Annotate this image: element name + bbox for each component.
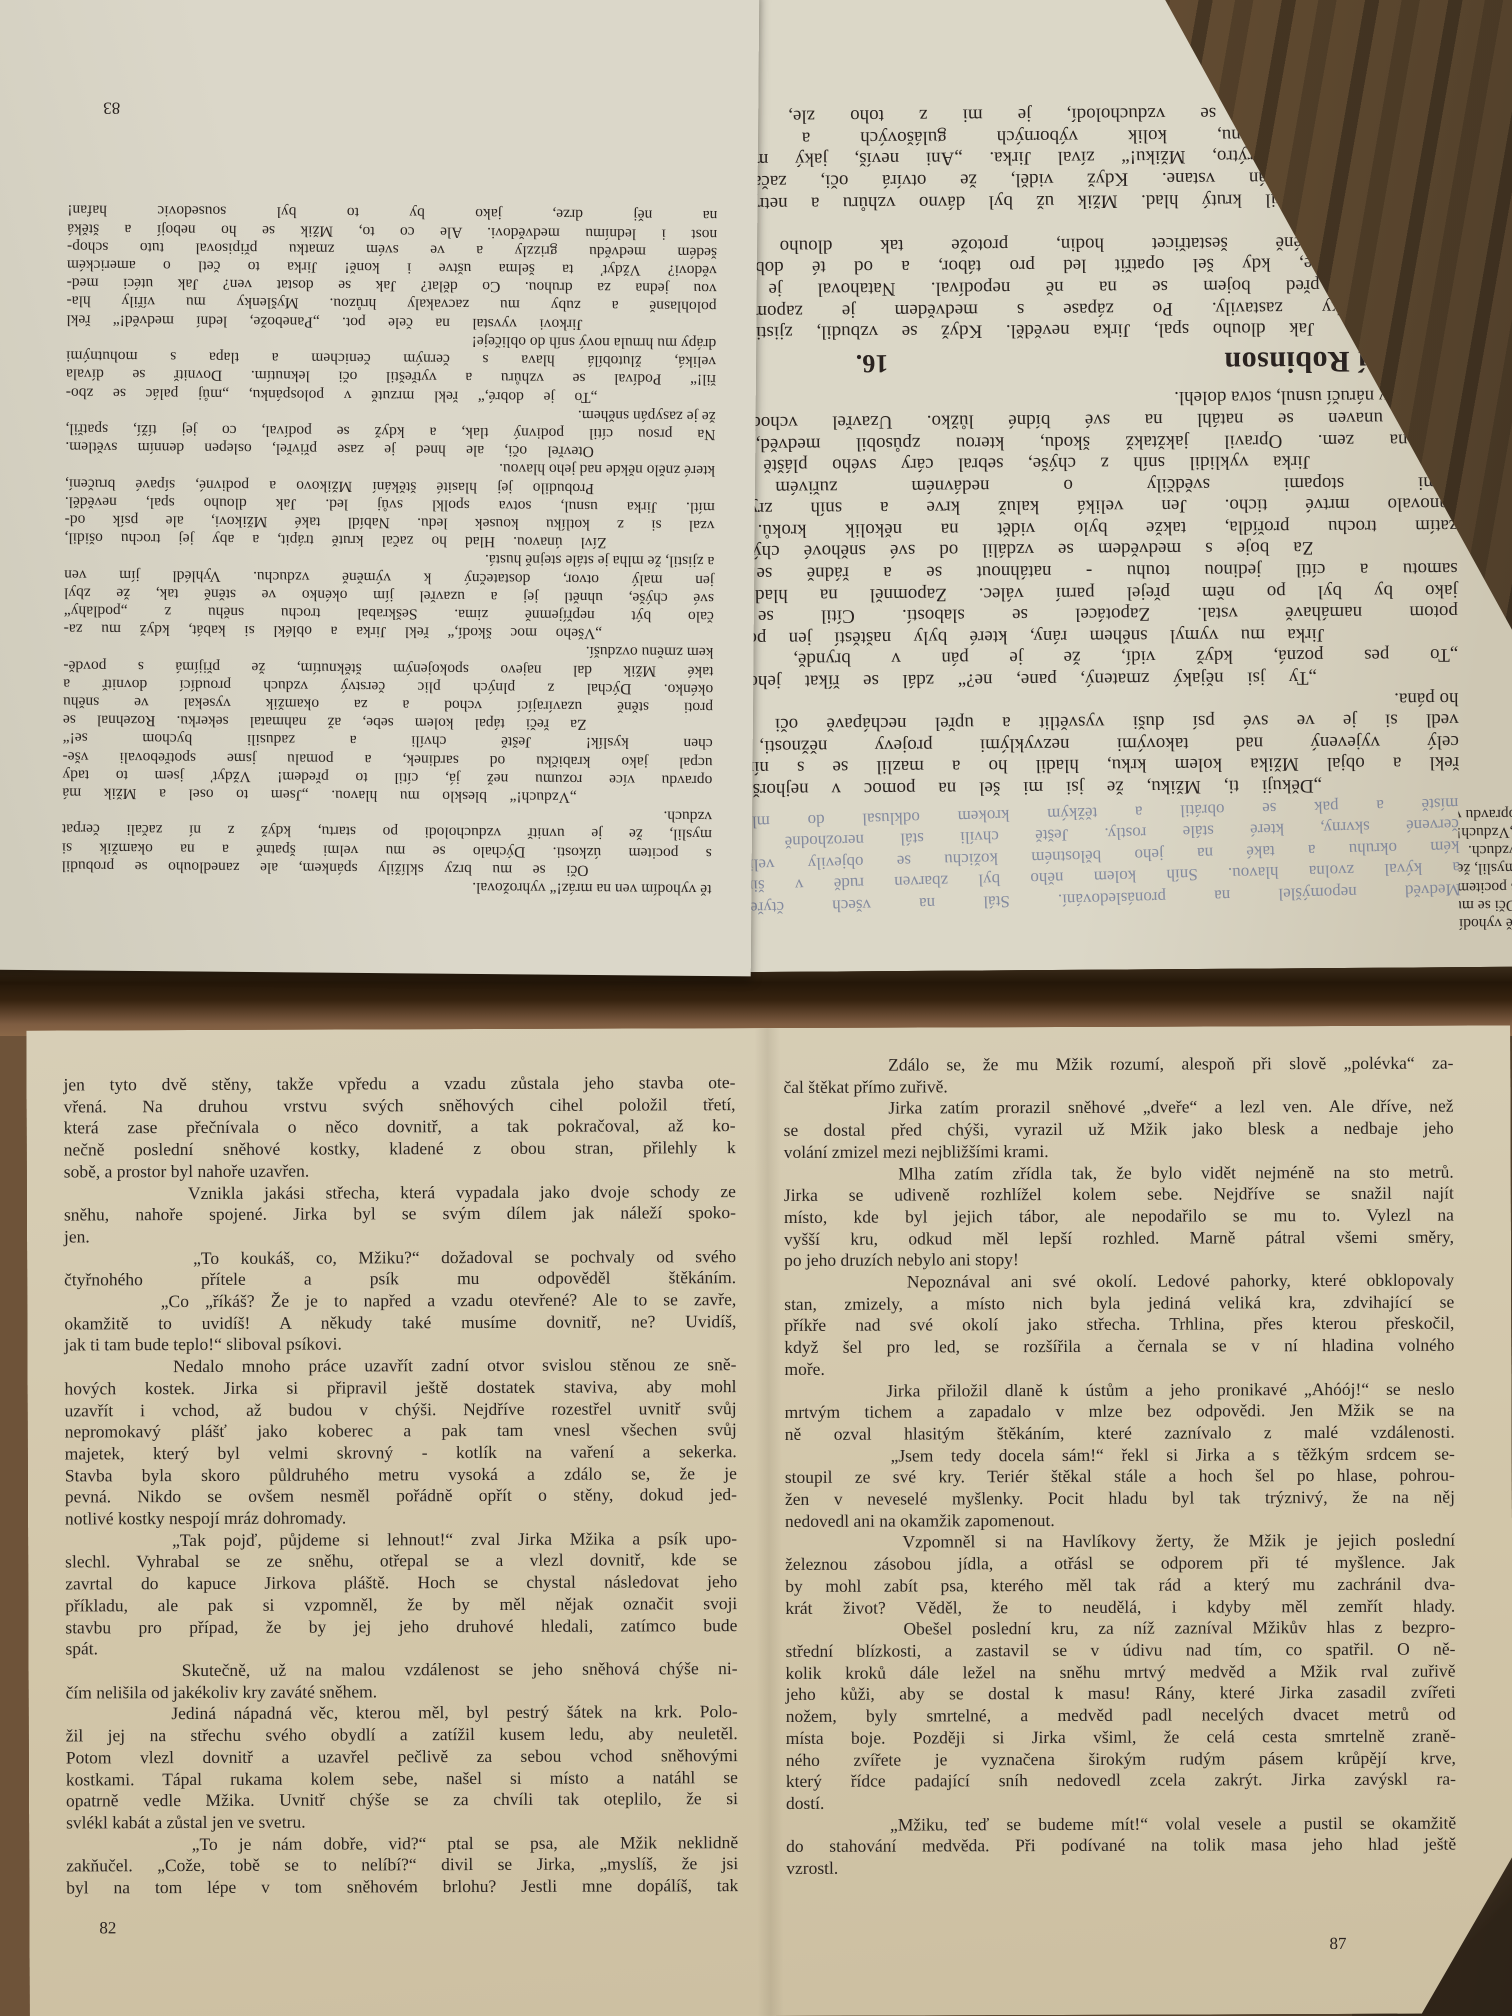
photo-of-book-pages: { "colors":{ "paper_top":"#dbd7c7","pape…: [0, 0, 1512, 2016]
center-crease: [754, 1028, 783, 2016]
text-line: střední blízkosti, a zastavil se v údivu…: [785, 1639, 1455, 1663]
text-line: příkladu, ale pak si vzpomněl, že by měl…: [65, 1593, 737, 1617]
text-line: jen.: [64, 1224, 736, 1248]
text-line: „To je nám dobře, vid?“ ptal se psa, ale…: [66, 1832, 738, 1856]
text-line: místa boje. Později si Jirka všiml, že c…: [786, 1725, 1456, 1749]
text-line: Obešel poslední kru, za níž zazníval Mži…: [785, 1617, 1455, 1641]
page-86-edge-fragments: tě vyhodímOči se mus pocitemmyslil, ževz…: [1458, 804, 1512, 932]
text-line: který řídce padající sníh nedovedl zcela…: [786, 1769, 1456, 1793]
text-line: Jirka se udiveně rozhlížel kolem sebe. N…: [784, 1183, 1454, 1207]
text-line: volání zmizel mezi nejbližšími krami.: [784, 1139, 1454, 1163]
text-line: která zase přečnívala o něco dovnitř, a …: [64, 1116, 736, 1140]
text-line: stan, zmizely, a místo nich byla jediná …: [784, 1291, 1454, 1315]
text-line: sněhu, nahoře spojené. Jirka byl se svým…: [64, 1202, 736, 1226]
text-line: spát.: [65, 1636, 737, 1660]
page-82-column: jen tyto dvě stěny, takže vpředu a vzadu…: [63, 1072, 738, 1899]
text-line: Skutečně, už na malou vzdálenost se jeho…: [65, 1658, 737, 1682]
text-line: moře.: [784, 1356, 1454, 1380]
text-line: dostí.: [786, 1791, 1456, 1815]
page-82-number: 82: [99, 1918, 116, 1938]
text-line: notlivé kostky nespojí mráz dohromady.: [65, 1506, 737, 1530]
text-line: nedovedl ani na okamžik zapomenout.: [785, 1508, 1455, 1532]
text-line: „Jsem tedy docela sám!“ řekl si Jirka a …: [785, 1443, 1455, 1467]
edge-fragment-line: myslil, že: [1459, 859, 1512, 878]
text-line: kostkami. Tápal rukama kolem sebe, našel…: [66, 1767, 738, 1791]
text-line: žen v neveselé myšlenky. Pocit hladu byl…: [785, 1487, 1455, 1511]
page-87-number: 87: [1329, 1934, 1346, 1954]
page-83: tě vyhodím ven na mráz!“ vyhrožoval. Oči…: [0, 0, 759, 976]
text-line: stavbu pro případ, že by jej jeho druhov…: [65, 1615, 737, 1639]
edge-fragment-line: opravdu ví: [1458, 804, 1512, 823]
text-line: „Co „říkáš? Že je to napřed a vzadu otev…: [64, 1289, 736, 1313]
text-line: vřená. Na druhou vrstvu svých sněhových …: [64, 1094, 736, 1118]
page-83-number: 83: [103, 98, 120, 118]
text-line: by mohl zabít psa, kterého měl tak rád a…: [785, 1573, 1455, 1597]
text-line: Nepoznával ani své okolí. Ledové pahorky…: [784, 1270, 1454, 1294]
edge-fragment-line: tě vyhodím: [1459, 914, 1512, 933]
text-line: když šel pro led, se rozšířila a černala…: [784, 1335, 1454, 1359]
page-87-column: Zdálo se, že mu Mžik rozumí, alespoň při…: [783, 1053, 1456, 1880]
text-line: místo, kde byl jejich tábor, ale nepodař…: [784, 1205, 1454, 1229]
text-line: nepromokavý plášť jako koberec a pak tam…: [65, 1419, 737, 1443]
text-line: jak ti tam bude teplo!“ sliboval psíkovi…: [64, 1333, 736, 1357]
text-line: Zdálo se, že mu Mžik rozumí, alespoň při…: [783, 1053, 1453, 1077]
text-line: Mlha zatím zřídla tak, že bylo vidět nej…: [784, 1161, 1454, 1185]
text-line: Jirka přiložil dlaně k ústům a jeho pron…: [785, 1378, 1455, 1402]
text-line: čím nelišila od jakékoliv kry zaváté sně…: [66, 1680, 738, 1704]
text-line: žil jej na střechu svého obydlí a zatíži…: [66, 1723, 738, 1747]
text-line: okamžitě to uvidíš! A někudy také musíme…: [64, 1311, 736, 1335]
text-line: zakňučel. „Cože, tobě se to nelíbí?“ div…: [66, 1853, 738, 1877]
text-line: Jirka zatím prorazil sněhové „dveře“ a l…: [784, 1096, 1454, 1120]
text-line: slechl. Vyhrabal se ze sněhu, otřepal se…: [65, 1550, 737, 1574]
text-line: majetek, který byl velmi skrovný - kotlí…: [65, 1441, 737, 1465]
text-line: sobě, a prostor byl nahoře uzavřen.: [64, 1159, 736, 1183]
text-line: zavrtal do kapuce Jirkova pláště. Hoch s…: [65, 1571, 737, 1595]
text-line: „To koukáš, co, Mžiku?“ dožadoval se poc…: [64, 1246, 736, 1270]
text-line: vzrostl.: [786, 1856, 1456, 1880]
text-line: železnou zásobou jídla, a otřásl se odpo…: [785, 1552, 1455, 1576]
text-line: ně ozval hlasitým štěkáním, které zaznív…: [785, 1422, 1455, 1446]
chapter-number: 16.: [856, 352, 889, 374]
text-line: opatrně vedle Mžika. Uvnitř chýše se za …: [66, 1788, 738, 1812]
page-86-text-before-heading: „Děkuji ti, Mžiku, že jsi mi šel na pomo…: [666, 385, 1459, 801]
text-line: „Mžiku, teď se budeme mít!“ volal vesele…: [786, 1812, 1456, 1836]
text-line: vyšší kru, odkud měl lepší rozhled. Marn…: [784, 1226, 1454, 1250]
text-line: kolik kroků dále ležel na sněhu mrtvý me…: [785, 1660, 1455, 1684]
edge-fragment-line: „Vzduch!“: [1458, 823, 1512, 842]
text-line: uzavřít i vchod, až budou v chýši. Nejdř…: [65, 1398, 737, 1422]
text-line: Vzpomněl si na Havlíkovy žerty, že Mžik …: [785, 1530, 1455, 1554]
text-line: byl na tom lépe v tom sněhovém brlohu? J…: [66, 1875, 738, 1899]
text-line: Vznikla jakási střecha, která vypadala j…: [64, 1181, 736, 1205]
edge-fragment-line: Oči se mu: [1459, 895, 1512, 914]
edge-fragment-line: vzduch.: [1459, 841, 1512, 860]
text-line: nožem, byly smrtelné, a medvěd padl nece…: [786, 1704, 1456, 1728]
text-line: po jeho druzích nebylo ani stopy!: [784, 1248, 1454, 1272]
text-line: mrtvým tichem a zapadalo v mlze bez odpo…: [785, 1400, 1455, 1424]
text-line: svlékl kabát a zůstal jen ve svetru.: [66, 1810, 738, 1834]
text-line: hových kostek. Jirka si připravil ještě …: [64, 1376, 736, 1400]
text-line: do stahování medvěda. Při podívané na to…: [786, 1834, 1456, 1858]
text-line: stoupil ze své kry. Teriér štěkal stále …: [785, 1465, 1455, 1489]
text-line: pevná. Nikdo se ovšem nesměl pořádně opř…: [65, 1484, 737, 1508]
text-line: se dostal před chýši, vyrazil už Mžik ja…: [784, 1118, 1454, 1142]
text-line: nečně poslední sněhové kostky, kladené z…: [64, 1137, 736, 1161]
page-83-column: tě vyhodím ven na mráz!“ vyhrožoval. Oči…: [61, 201, 717, 898]
page-86-faded-paragraph: Medvěd nepomýšlel na pronásledování. Stá…: [732, 792, 1461, 919]
text-line: Nedalo mnoho práce uzavřít zadní otvor s…: [64, 1354, 736, 1378]
text-line: jeho kůži, aby se dostal k masu! Rány, k…: [786, 1682, 1456, 1706]
text-line: čtyřnohého přítele a psík mu odpověděl š…: [64, 1267, 736, 1291]
top-left-sheet-page-83: tě vyhodím ven na mráz!“ vyhrožoval. Oči…: [0, 0, 759, 976]
text-line: čal štěkat přímo zuřivě.: [783, 1074, 1453, 1098]
edge-fragment-line: s pocitem: [1459, 877, 1512, 896]
text-line: jen tyto dvě stěny, takže vpředu a vzadu…: [63, 1072, 735, 1096]
text-line: krát život? Věděl, že to neudělá, i kdyb…: [785, 1595, 1455, 1619]
text-line: Jediná nápadná věc, kterou měl, byl pest…: [66, 1702, 738, 1726]
text-line: Potom vlezl dovnitř a uzavřel pečlivě za…: [66, 1745, 738, 1769]
text-line: „Tak pojď, půjdeme si lehnout!“ zval Jir…: [65, 1528, 737, 1552]
text-line: příkře nad své okolí jako střecha. Trhli…: [784, 1313, 1454, 1337]
text-line: ného zvířete je vyznačena širokým rudým …: [786, 1747, 1456, 1771]
text-line: Stavba byla skoro půldruhého metru vysok…: [65, 1463, 737, 1487]
bottom-sheet-pages-82-87: jen tyto dvě stěny, takže vpředu a vzadu…: [26, 1025, 1512, 2016]
